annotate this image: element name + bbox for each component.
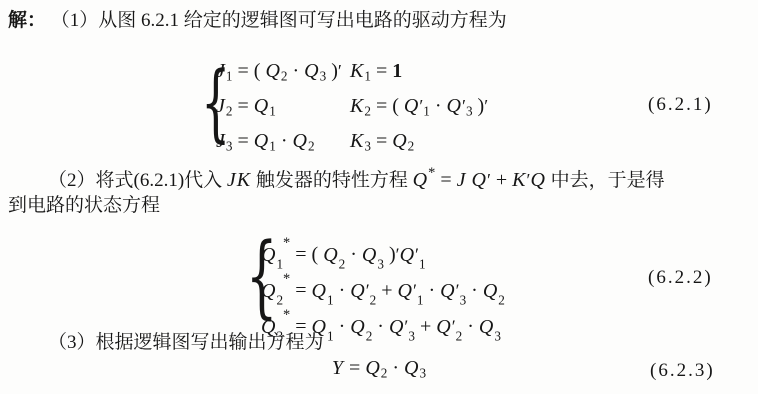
solution-paragraph-2-line-1: （2）将式(6.2.1)代入 JK 触发器的特性方程 Q* = J Q′ + K…: [8, 161, 758, 193]
state-equation-q3: Q3* = Q1 · Q2 · Q′3 + Q′2 · Q3: [261, 297, 505, 333]
equation-k3: K3 = Q2: [350, 130, 488, 155]
state-equation-q2: Q2* = Q1 · Q′2 + Q′1 · Q′3 · Q2: [261, 261, 505, 297]
equation-j2: J2 = Q1: [216, 95, 350, 120]
state-equation-q1: Q1* = ( Q2 · Q3 )′Q′1: [261, 225, 505, 261]
output-equation-formula: Y = Q2 · Q3: [332, 357, 426, 379]
equation-k1: K1 = 1: [350, 60, 488, 85]
equation-number-622: (6.2.2): [648, 267, 713, 289]
paragraph-2-text-c: 中去，于是得: [546, 170, 665, 191]
textbook-solution-page: 解： （1）从图 6.2.1 给定的逻辑图可写出电路的驱动方程为 { J1 = …: [0, 0, 758, 394]
equation-j3: J3 = Q1 · Q2: [216, 130, 350, 155]
output-equation: Y = Q2 · Q3: [0, 357, 758, 382]
equation-number-621: (6.2.1): [648, 94, 713, 116]
solution-paragraph-2-line-2: 到电路的状态方程: [8, 194, 748, 218]
paragraph-2-text-b: 触发器的特性方程: [251, 170, 413, 191]
solution-paragraph-1: 解： （1）从图 6.2.1 给定的逻辑图可写出电路的驱动方程为: [8, 9, 748, 33]
equation-k2: K2 = ( Q′1 · Q′3 )′: [350, 95, 488, 120]
jk-flipflop-symbol: JK: [227, 169, 251, 191]
paragraph-1-text: （1）从图 6.2.1 给定的逻辑图可写出电路的驱动方程为: [51, 10, 507, 31]
equation-number-623: (6.2.3): [650, 360, 715, 382]
solution-paragraph-3: （3）根据逻辑图写出输出方程为: [8, 331, 758, 355]
equation-group-2: Q1* = ( Q2 · Q3 )′Q′1 Q2* = Q1 · Q′2 + Q…: [261, 225, 505, 333]
equation-group-1: J1 = ( Q2 · Q3 )′ K1 = 1 J2 = Q1 K2 = ( …: [216, 55, 488, 160]
characteristic-equation-inline: Q* = J Q′ + K′Q: [413, 169, 546, 191]
equation-j1: J1 = ( Q2 · Q3 )′: [216, 60, 350, 85]
paragraph-2-text-a: （2）将式(6.2.1)代入: [48, 170, 227, 191]
solution-label: 解：: [8, 10, 46, 31]
